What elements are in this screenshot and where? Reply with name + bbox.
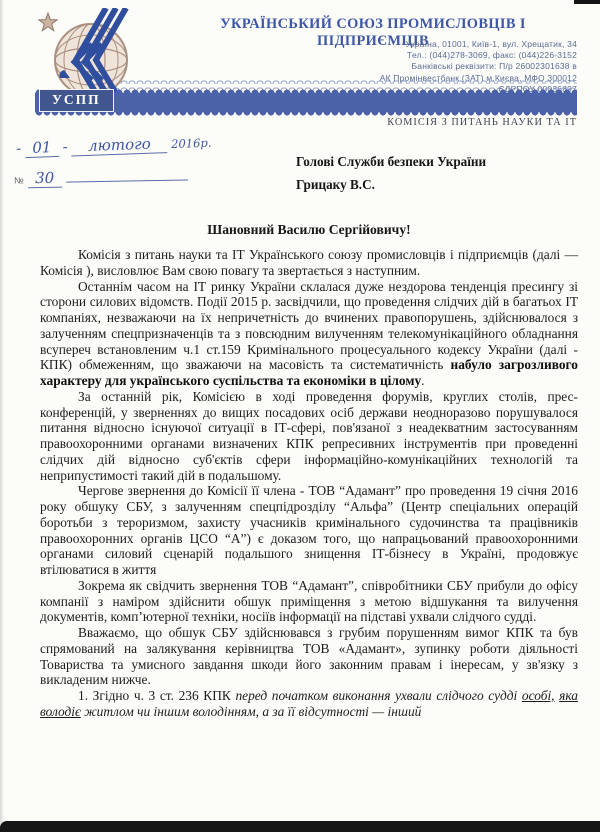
number-sign: № [14,175,24,185]
paragraph: За останній рік, Комісією в ході проведе… [40,389,578,484]
addressee-name: Грицаку В.С. [296,173,486,196]
globe-logo-graphic [34,8,146,100]
uspp-logo-icon [34,8,146,100]
paragraph: 1. Згідно ч. 3 ст. 236 КПК перед початко… [40,688,578,720]
paragraph: Чергове звернення до Комісії її члена - … [40,483,578,578]
logo-acronym: УСПП [39,89,114,112]
address-line: Тел.: (044)278-3069, факс: (044)226-3152 [380,50,577,61]
date-dash: - [62,138,68,156]
paragraph: Вважаємо, що обшук СБУ здійснювався з гр… [40,625,578,688]
addressee-block: Голові Служби безпеки України Грицаку В.… [296,150,486,196]
wavy-divider [104,79,577,84]
blank-rule [65,166,187,182]
scan-corner-artifact [574,0,600,4]
salutation: Шановний Василю Сергійовичу! [40,222,578,238]
commission-title: КОМІСІЯ З ПИТАНЬ НАУКИ ТА ІТ [387,117,577,128]
handwritten-date: - 01 - лютого 2016р. [16,133,212,159]
date-dash: - [16,139,22,157]
paragraph: Останнім часом на ІТ ринку України склал… [40,279,578,389]
scanner-edge-artifact [0,821,600,832]
letterhead-banner: УСПП [35,93,577,112]
document-number: № 30 [14,166,188,188]
paragraph: Зокрема як свідчить звернення ТОВ “Адама… [40,578,578,625]
scanned-letter-page: УКРАЇНСЬКИЙ СОЮЗ ПРОМИСЛОВЦІВ І ПІДПРИЄМ… [0,0,600,832]
address-line: Україна, 01001, Київ-1, вул. Хрещатик, 3… [380,39,577,50]
date-year: 2016р. [171,136,212,151]
date-month: лютого [71,134,168,156]
star-icon [39,13,57,31]
letter-body: Комісія з питань науки та ІТ Українськог… [40,247,578,720]
paragraph: Комісія з питань науки та ІТ Українськог… [40,247,578,279]
scan-edge-artifact [0,0,4,832]
addressee-title: Голові Служби безпеки України [296,150,486,173]
address-line: Банківські реквізити: П/р 26002301638 в [380,61,577,72]
date-day: 01 [25,138,60,158]
number-value: 30 [28,169,62,189]
